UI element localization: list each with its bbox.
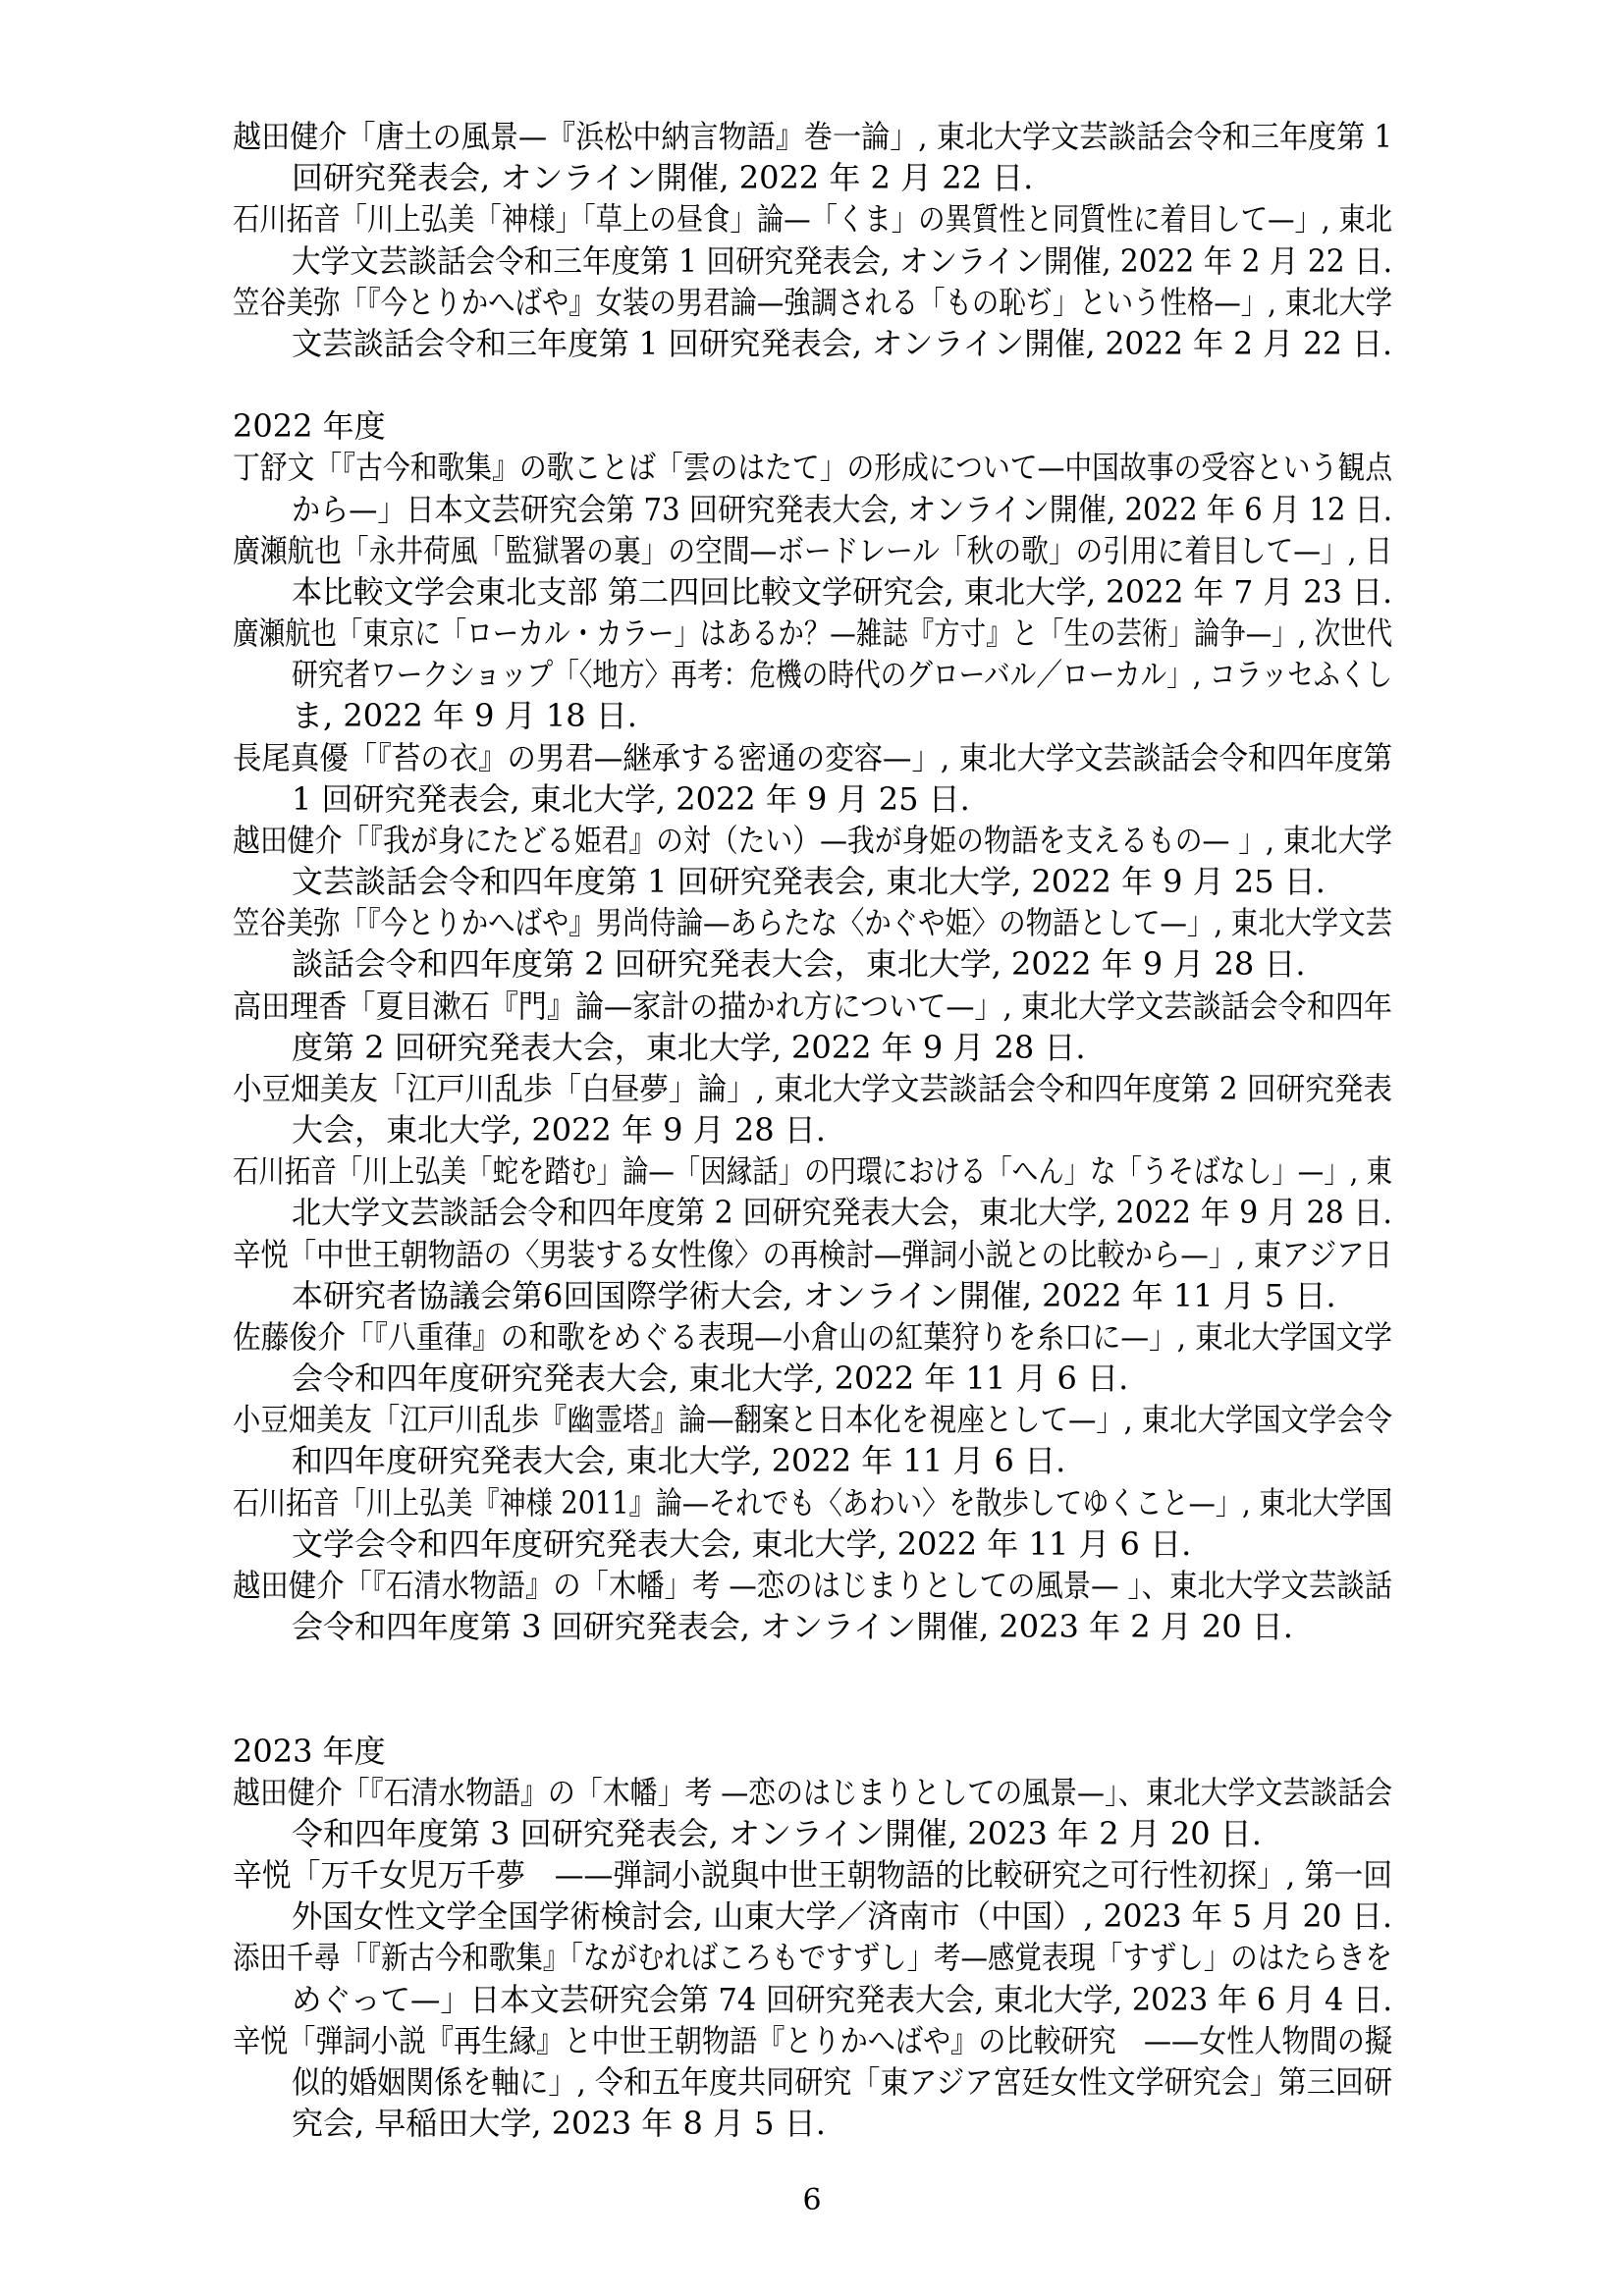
- entry-line-continuation: 似的婚姻関係を軸に」, 令和五年度共同研究「東アジア宮廷女性文学研究会」第三回研: [292, 2061, 1504, 2103]
- entry-line-continuation: 文芸談話会令和四年度第 1 回研究発表会, 東北大学, 2022 年 9 月 2…: [292, 861, 1326, 902]
- entry-line-first: 辛悦「万千女児万千夢 ——弾詞小説與中世王朝物語的比較研究之可行性初探」, 第一…: [233, 1854, 1478, 1896]
- entry-line-continuation: 1 回研究発表会, 東北大学, 2022 年 9 月 25 日.: [292, 778, 970, 820]
- entry-text: 文芸談話会令和四年度第 1 回研究発表会, 東北大学, 2022 年 9 月 2…: [292, 861, 1326, 902]
- entry-text: 1 回研究発表会, 東北大学, 2022 年 9 月 25 日.: [292, 778, 970, 820]
- entry-text: 文芸談話会令和三年度第 1 回研究発表会, オンライン開催, 2022 年 2 …: [292, 323, 1392, 364]
- entry-text: 長尾真優「『苔の衣』の男君—継承する密通の変容—」, 東北大学文芸談話会令和四年…: [233, 737, 1392, 778]
- entry-line-continuation: 究会, 早稲田大学, 2023 年 8 月 5 日.: [292, 2103, 826, 2144]
- entry-text: 談話会令和四年度第 2 回研究発表大会，東北大学, 2022 年 9 月 28 …: [292, 943, 1306, 985]
- entry-line-continuation: から—」日本文芸研究会第 73 回研究発表大会, オンライン開催, 2022 年…: [292, 489, 1501, 530]
- entry-text: 廣瀬航也「永井荷風「監獄署の裏」の空間—ボードレール「秋の歌」の引用に着目して—…: [233, 530, 1392, 571]
- entry-line-first: 小豆畑美友「江戸川乱歩『幽霊塔』論—翻案と日本化を視座として—」, 東北大学国文…: [233, 1399, 1541, 1440]
- entry-line-first: 丁舒文「『古今和歌集』の歌ことば「雲のはたて」の形成について—中国故事の受容とい…: [233, 447, 1567, 488]
- entry-line-first: 長尾真優「『苔の衣』の男君—継承する密通の変容—」, 東北大学文芸談話会令和四年…: [233, 737, 1493, 778]
- entry-line-continuation: 会令和四年度研究発表大会, 東北大学, 2022 年 11 月 6 日.: [292, 1358, 1128, 1399]
- entry-text: めぐって—」日本文芸研究会第 74 回研究発表大会, 東北大学, 2023 年 …: [292, 1979, 1392, 2020]
- entry-text: ま, 2022 年 9 月 18 日.: [292, 695, 637, 736]
- entry-text: 文学会令和四年度研究発表大会, 東北大学, 2022 年 11 月 6 日.: [292, 1523, 1191, 1565]
- entry-line-continuation: ま, 2022 年 9 月 18 日.: [292, 695, 637, 736]
- entry-text: 本研究者協議会第6回国際学術大会, オンライン開催, 2022 年 11 月 5…: [292, 1275, 1336, 1316]
- entry-text: 本比較文学会東北支部 第二四回比較文学研究会, 東北大学, 2022 年 7 月…: [292, 571, 1392, 613]
- entry-line-first: 添田千尋「『新古今和歌集』「ながむればころもですずし」考—感覚表現「すずし」のは…: [233, 1937, 1585, 1978]
- entry-line-first: 石川拓音「川上弘美『神様 2011』論—それでも〈あわい〉を散歩してゆくこと—」…: [233, 1482, 1599, 1523]
- entry-line-continuation: 大会，東北大学, 2022 年 9 月 28 日.: [292, 1109, 826, 1150]
- entry-line-first: 佐藤俊介「『八重葎』の和歌をめぐる表現—小倉山の紅葉狩りを糸口に—」, 東北大学…: [233, 1316, 1525, 1358]
- entry-text: 会令和四年度研究発表大会, 東北大学, 2022 年 11 月 6 日.: [292, 1358, 1128, 1399]
- entry-text: 丁舒文「『古今和歌集』の歌ことば「雲のはたて」の形成について—中国故事の受容とい…: [233, 447, 1392, 488]
- entry-text: 北大学文芸談話会令和四年度第 2 回研究発表大会，東北大学, 2022 年 9 …: [292, 1192, 1392, 1233]
- entry-text: 笠谷美弥「『今とりかへばや』男尚侍論—あらたな〈かぐや姫〉の物語として—」, 東…: [233, 902, 1392, 943]
- entry-line-first: 越田健介「唐土の風景—『浜松中納言物語』巻一論」, 東北大学文芸談話会令和三年度…: [233, 116, 1508, 157]
- entry-line-first: 越田健介「『我が身にたどる姫君』の対（たい）—我が身姫の物語を支えるもの— 」,…: [233, 820, 1567, 861]
- entry-line-first: 廣瀬航也「東京に「ローカル・カラー」はあるか？—雑誌『方寸』と「生の芸術」論争—…: [233, 613, 1624, 654]
- entry-line-continuation: 研究者ワークショップ「〈地方〉再考：危機の時代のグローバル／ローカル」, コラッ…: [292, 654, 1612, 695]
- entry-line-first: 石川拓音「川上弘美「神様」「草上の昼食」論—「くま」の異質性と同質性に着目して—…: [233, 198, 1588, 240]
- entry-line-continuation: 大学文芸談話会令和三年度第 1 回研究発表会, オンライン開催, 2022 年 …: [292, 240, 1482, 282]
- entry-line-first: 越田健介「『石清水物語』の「木幡」考 —恋のはじまりとしての風景— 」、東北大学…: [233, 1565, 1541, 1606]
- entry-text: 似的婚姻関係を軸に」, 令和五年度共同研究「東アジア宮廷女性文学研究会」第三回研: [292, 2061, 1392, 2103]
- entry-line-continuation: 度第 2 回研究発表大会，東北大学, 2022 年 9 月 28 日.: [292, 1027, 1086, 1068]
- entry-text: 笠谷美弥「『今とりかへばや』女装の男君論—強調される「もの恥ぢ」という性格—」,…: [233, 282, 1392, 323]
- entry-text: 外国女性文学全国学術検討会, 山東大学／済南市（中国）, 2023 年 5 月 …: [292, 1896, 1392, 1937]
- entry-line-first: 高田理香「夏目漱石『門』論—家計の描かれ方について—」, 東北大学文芸談話会令和…: [233, 986, 1509, 1027]
- entry-text: 越田健介「唐土の風景—『浜松中納言物語』巻一論」, 東北大学文芸談話会令和三年度…: [233, 116, 1392, 157]
- entry-text: 辛悦「万千女児万千夢 ——弾詞小説與中世王朝物語的比較研究之可行性初探」, 第一…: [233, 1854, 1392, 1896]
- document-page: 越田健介「唐土の風景—『浜松中納言物語』巻一論」, 東北大学文芸談話会令和三年度…: [0, 0, 1624, 2296]
- entry-line-continuation: めぐって—」日本文芸研究会第 74 回研究発表大会, 東北大学, 2023 年 …: [292, 1979, 1450, 2020]
- entry-text: 令和四年度第 3 回研究発表会, オンライン開催, 2023 年 2 月 20 …: [292, 1813, 1262, 1854]
- entry-text: 越田健介「『石清水物語』の「木幡」考 —恋のはじまりとしての風景— 」、東北大学…: [233, 1565, 1392, 1606]
- entry-line-continuation: 令和四年度第 3 回研究発表会, オンライン開催, 2023 年 2 月 20 …: [292, 1813, 1262, 1854]
- entry-line-first: 石川拓音「川上弘美「蛇を踏む」論—「因縁話」の円環における「へん」な「うそばなし…: [233, 1150, 1624, 1192]
- year-heading: 2023 年度: [233, 1731, 386, 1772]
- entry-text: 和四年度研究発表大会, 東北大学, 2022 年 11 月 6 日.: [292, 1440, 1065, 1481]
- entry-text: 越田健介「『石清水物語』の「木幡」考 —恋のはじまりとしての風景—」、東北大学文…: [233, 1772, 1392, 1813]
- entry-line-continuation: 会令和四年度第 3 回研究発表会, オンライン開催, 2023 年 2 月 20…: [292, 1606, 1293, 1647]
- entry-line-continuation: 文芸談話会令和三年度第 1 回研究発表会, オンライン開催, 2022 年 2 …: [292, 323, 1419, 364]
- entry-text: 廣瀬航也「東京に「ローカル・カラー」はあるか？—雑誌『方寸』と「生の芸術」論争—…: [233, 613, 1392, 654]
- entry-text: 石川拓音「川上弘美「神様」「草上の昼食」論—「くま」の異質性と同質性に着目して—…: [233, 198, 1392, 240]
- entry-text: 佐藤俊介「『八重葎』の和歌をめぐる表現—小倉山の紅葉狩りを糸口に—」, 東北大学…: [233, 1316, 1392, 1358]
- entry-text: 小豆畑美友「江戸川乱歩『幽霊塔』論—翻案と日本化を視座として—」, 東北大学国文…: [233, 1399, 1392, 1440]
- entry-text: 究会, 早稲田大学, 2023 年 8 月 5 日.: [292, 2103, 826, 2144]
- entry-text: 会令和四年度第 3 回研究発表会, オンライン開催, 2023 年 2 月 20…: [292, 1606, 1293, 1647]
- entry-text: 辛悦「中世王朝物語の〈男装する女性像〉の再検討—弾詞小説との比較から—」, 東ア…: [233, 1234, 1392, 1275]
- entry-line-continuation: 外国女性文学全国学術検討会, 山東大学／済南市（中国）, 2023 年 5 月 …: [292, 1896, 1411, 1937]
- entry-text: 度第 2 回研究発表大会，東北大学, 2022 年 9 月 28 日.: [292, 1027, 1086, 1068]
- entry-line-continuation: 本研究者協議会第6回国際学術大会, オンライン開催, 2022 年 11 月 5…: [292, 1275, 1336, 1316]
- entry-text: 石川拓音「川上弘美「蛇を踏む」論—「因縁話」の円環における「へん」な「うそばなし…: [233, 1150, 1392, 1192]
- entry-text: 石川拓音「川上弘美『神様 2011』論—それでも〈あわい〉を散歩してゆくこと—」…: [233, 1482, 1392, 1523]
- entry-line-continuation: 本比較文学会東北支部 第二四回比較文学研究会, 東北大学, 2022 年 7 月…: [292, 571, 1421, 613]
- entry-text: 研究者ワークショップ「〈地方〉再考：危機の時代のグローバル／ローカル」, コラッ…: [292, 654, 1392, 695]
- entry-line-continuation: 談話会令和四年度第 2 回研究発表大会，東北大学, 2022 年 9 月 28 …: [292, 943, 1306, 985]
- entry-line-first: 小豆畑美友「江戸川乱歩「白昼夢」論」, 東北大学文芸談話会令和四年度第 2 回研…: [233, 1068, 1487, 1109]
- entry-text: 回研究発表会, オンライン開催, 2022 年 2 月 22 日.: [292, 157, 1033, 198]
- entry-line-first: 辛悦「弾詞小説『再生縁』と中世王朝物語『とりかへばや』の比較研究 ——女性人物間…: [233, 2020, 1552, 2061]
- entry-text: 添田千尋「『新古今和歌集』「ながむればころもですずし」考—感覚表現「すずし」のは…: [233, 1937, 1392, 1978]
- page-number: 6: [0, 2181, 1624, 2220]
- entry-line-first: 笠谷美弥「『今とりかへばや』女装の男君論—強調される「もの恥ぢ」という性格—」,…: [233, 282, 1588, 323]
- entry-line-continuation: 回研究発表会, オンライン開催, 2022 年 2 月 22 日.: [292, 157, 1033, 198]
- entry-line-continuation: 北大学文芸談話会令和四年度第 2 回研究発表大会，東北大学, 2022 年 9 …: [292, 1192, 1463, 1233]
- entry-line-first: 辛悦「中世王朝物語の〈男装する女性像〉の再検討—弾詞小説との比較から—」, 東ア…: [233, 1234, 1540, 1275]
- entry-text: から—」日本文芸研究会第 73 回研究発表大会, オンライン開催, 2022 年…: [292, 489, 1392, 530]
- entry-line-continuation: 和四年度研究発表大会, 東北大学, 2022 年 11 月 6 日.: [292, 1440, 1065, 1481]
- entry-line-continuation: 文学会令和四年度研究発表大会, 東北大学, 2022 年 11 月 6 日.: [292, 1523, 1191, 1565]
- entry-text: 越田健介「『我が身にたどる姫君』の対（たい）—我が身姫の物語を支えるもの— 」,…: [233, 820, 1392, 861]
- entry-text: 辛悦「弾詞小説『再生縁』と中世王朝物語『とりかへばや』の比較研究 ——女性人物間…: [233, 2020, 1392, 2061]
- year-heading: 2022 年度: [233, 405, 386, 447]
- entry-line-first: 越田健介「『石清水物語』の「木幡」考 —恋のはじまりとしての風景—」、東北大学文…: [233, 1772, 1562, 1813]
- entry-text: 高田理香「夏目漱石『門』論—家計の描かれ方について—」, 東北大学文芸談話会令和…: [233, 986, 1392, 1027]
- entry-text: 大会，東北大学, 2022 年 9 月 28 日.: [292, 1109, 826, 1150]
- entry-text: 大学文芸談話会令和三年度第 1 回研究発表会, オンライン開催, 2022 年 …: [292, 240, 1392, 282]
- entry-text: 小豆畑美友「江戸川乱歩「白昼夢」論」, 東北大学文芸談話会令和四年度第 2 回研…: [233, 1068, 1392, 1109]
- entry-line-first: 笠谷美弥「『今とりかへばや』男尚侍論—あらたな〈かぐや姫〉の物語として—」, 東…: [233, 902, 1588, 943]
- entry-line-first: 廣瀬航也「永井荷風「監獄署の裏」の空間—ボードレール「秋の歌」の引用に着目して—…: [233, 530, 1572, 571]
